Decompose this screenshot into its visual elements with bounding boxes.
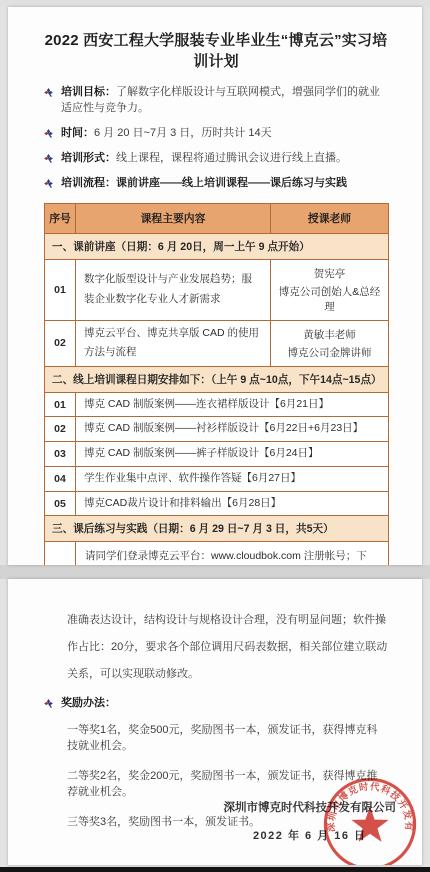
row-no: 01 [45,542,76,565]
document-page-2: 准确表达设计，结构设计与规格设计合理，没有明显问题；软件操作占比：20分，要求各… [8,579,422,865]
list-bullet-icon [44,129,53,138]
list-bullet-icon [44,88,53,97]
intro-bullet-list: 培训目标：了解数字化样版设计与互联网模式，增强同学们的就业适应性与竞争力。 时间… [44,85,388,192]
teacher-title: 博克公司金牌讲师 [275,345,384,360]
bullet-text: 课前讲座——线上培训课程——课后练习与实践 [116,177,347,189]
row-teacher: 贺宪亭 博克公司创始人&总经理 [271,259,389,320]
bullet-label: 培训形式： [61,152,116,164]
photo-edge-strip [0,867,430,872]
table-row: 02 博克云平台、博克共享版 CAD 的使用方法与流程 黄敏丰老师 博克公司金牌… [45,320,389,366]
section-title: 三、课后练习与实践（日期：6 月 29 日~7 月 3 日，共5天） [45,516,389,542]
bullet-format: 培训形式：线上课程，课程将通过腾讯会议进行线上直播。 [44,151,388,167]
bullet-text: 6 月 20 日~7月 3 日，历时共计 14天 [94,127,272,139]
award-second: 二等奖2名，奖金200元，奖励图书一本，颁发证书，获得博克推荐就业机会。 [67,768,388,801]
bullet-time: 时间：6 月 20 日~7月 3 日，历时共计 14天 [44,126,388,142]
page-break-gap [0,565,430,579]
table-row: 05 博克CAD裁片设计和排料输出【6月28日】 [45,491,389,516]
row-no: 03 [45,442,76,467]
row-no: 01 [45,259,76,320]
section-title: 二、线上培训课程日期安排如下：（上午 9 点~10点，下午14点~15点） [45,366,389,392]
table-row: 01 博克 CAD 制版案例——连衣裙样版设计【6月21日】 [45,392,389,417]
section-2-header-row: 二、线上培训课程日期安排如下：（上午 9 点~10点，下午14点~15点） [45,366,389,392]
section-title: 一、课前讲座（日期：6 月 20日，周一上午 9 点开始） [45,233,389,259]
table-row: 04 学生作业集中点评、软件操作答疑【6月27日】 [45,466,389,491]
bullet-text: 线上课程，课程将通过腾讯会议进行线上直播。 [116,152,347,164]
signature-date: 2022 年 6 月 16 日 [224,827,397,843]
bullet-label: 奖励办法： [61,697,116,709]
signature-block: 深圳市博克时代科技开发有限公司 2022 年 6 月 16 日 [224,799,397,843]
row-content: 博克 CAD 制版案例——衬衫样版设计【6月22日+6月23日】 [76,417,389,442]
list-bullet-icon [44,179,53,188]
bullet-awards: 奖励办法： [44,696,388,712]
table-row: 02 博克 CAD 制版案例——衬衫样版设计【6月22日+6月23日】 [45,417,389,442]
bullet-process: 培训流程：课前讲座——线上培训课程——课后练习与实践 [44,176,388,192]
row-content: 学生作业集中点评、软件操作答疑【6月27日】 [76,466,389,491]
row-content: 请同学们登录博克云平台：www.cloudbok.com 注册帐号；下载、安装《… [76,542,389,565]
row-no: 02 [45,417,76,442]
evaluation-continued-paragraph: 准确表达设计，结构设计与规格设计合理，没有明显问题；软件操作占比：20分，要求各… [67,607,388,688]
company-name: 深圳市博克时代科技开发有限公司 [224,799,397,815]
document-screenshot: 2022 西安工程大学服装专业毕业生“博克云”实习培训计划 培训目标：了解数字化… [0,7,430,872]
row-no: 05 [45,491,76,516]
row-no: 04 [45,466,76,491]
section-3-header-row: 三、课后练习与实践（日期：6 月 29 日~7 月 3 日，共5天） [45,516,389,542]
row-content: 博克 CAD 制版案例——裤子样版设计【6月24日】 [76,442,389,467]
col-header-no: 序号 [45,203,76,233]
col-header-teacher: 授课老师 [271,203,389,233]
row-content: 博克云平台、博克共享版 CAD 的使用方法与流程 [76,320,271,366]
list-bullet-icon [44,154,53,163]
col-header-content: 课程主要内容 [76,203,271,233]
course-schedule-table: 序号 课程主要内容 授课老师 一、课前讲座（日期：6 月 20日，周一上午 9 … [44,203,389,565]
section-1-header-row: 一、课前讲座（日期：6 月 20日，周一上午 9 点开始） [45,233,389,259]
document-page-1: 2022 西安工程大学服装专业毕业生“博克云”实习培训计划 培训目标：了解数字化… [8,7,422,565]
teacher-title: 博克公司创始人&总经理 [275,284,384,314]
bullet-label: 培训目标： [61,86,116,98]
teacher-name: 贺宪亭 [275,266,384,281]
page-title: 2022 西安工程大学服装专业毕业生“博克云”实习培训计划 [44,29,388,71]
row-content: 博克 CAD 制版案例——连衣裙样版设计【6月21日】 [76,392,389,417]
list-bullet-icon [44,699,53,708]
table-header-row: 序号 课程主要内容 授课老师 [45,203,389,233]
row-content: 数字化版型设计与产业发展趋势；服装企业数字化专业人才新需求 [76,259,271,320]
bullet-label: 时间： [61,127,94,139]
bullet-label: 培训流程： [61,177,116,189]
table-row: 01 请同学们登录博克云平台：www.cloudbok.com 注册帐号；下载、… [45,542,389,565]
row-content: 博克CAD裁片设计和排料输出【6月28日】 [76,491,389,516]
row-teacher: 黄敏丰老师 博克公司金牌讲师 [271,320,389,366]
award-first: 一等奖1名，奖金500元，奖励图书一本，颁发证书，获得博克科技就业机会。 [67,722,388,755]
table-row: 03 博克 CAD 制版案例——裤子样版设计【6月24日】 [45,442,389,467]
teacher-name: 黄敏丰老师 [275,327,384,342]
bullet-training-goal: 培训目标：了解数字化样版设计与互联网模式，增强同学们的就业适应性与竞争力。 [44,85,388,117]
row-no: 01 [45,392,76,417]
row-no: 02 [45,320,76,366]
table-row: 01 数字化版型设计与产业发展趋势；服装企业数字化专业人才新需求 贺宪亭 博克公… [45,259,389,320]
